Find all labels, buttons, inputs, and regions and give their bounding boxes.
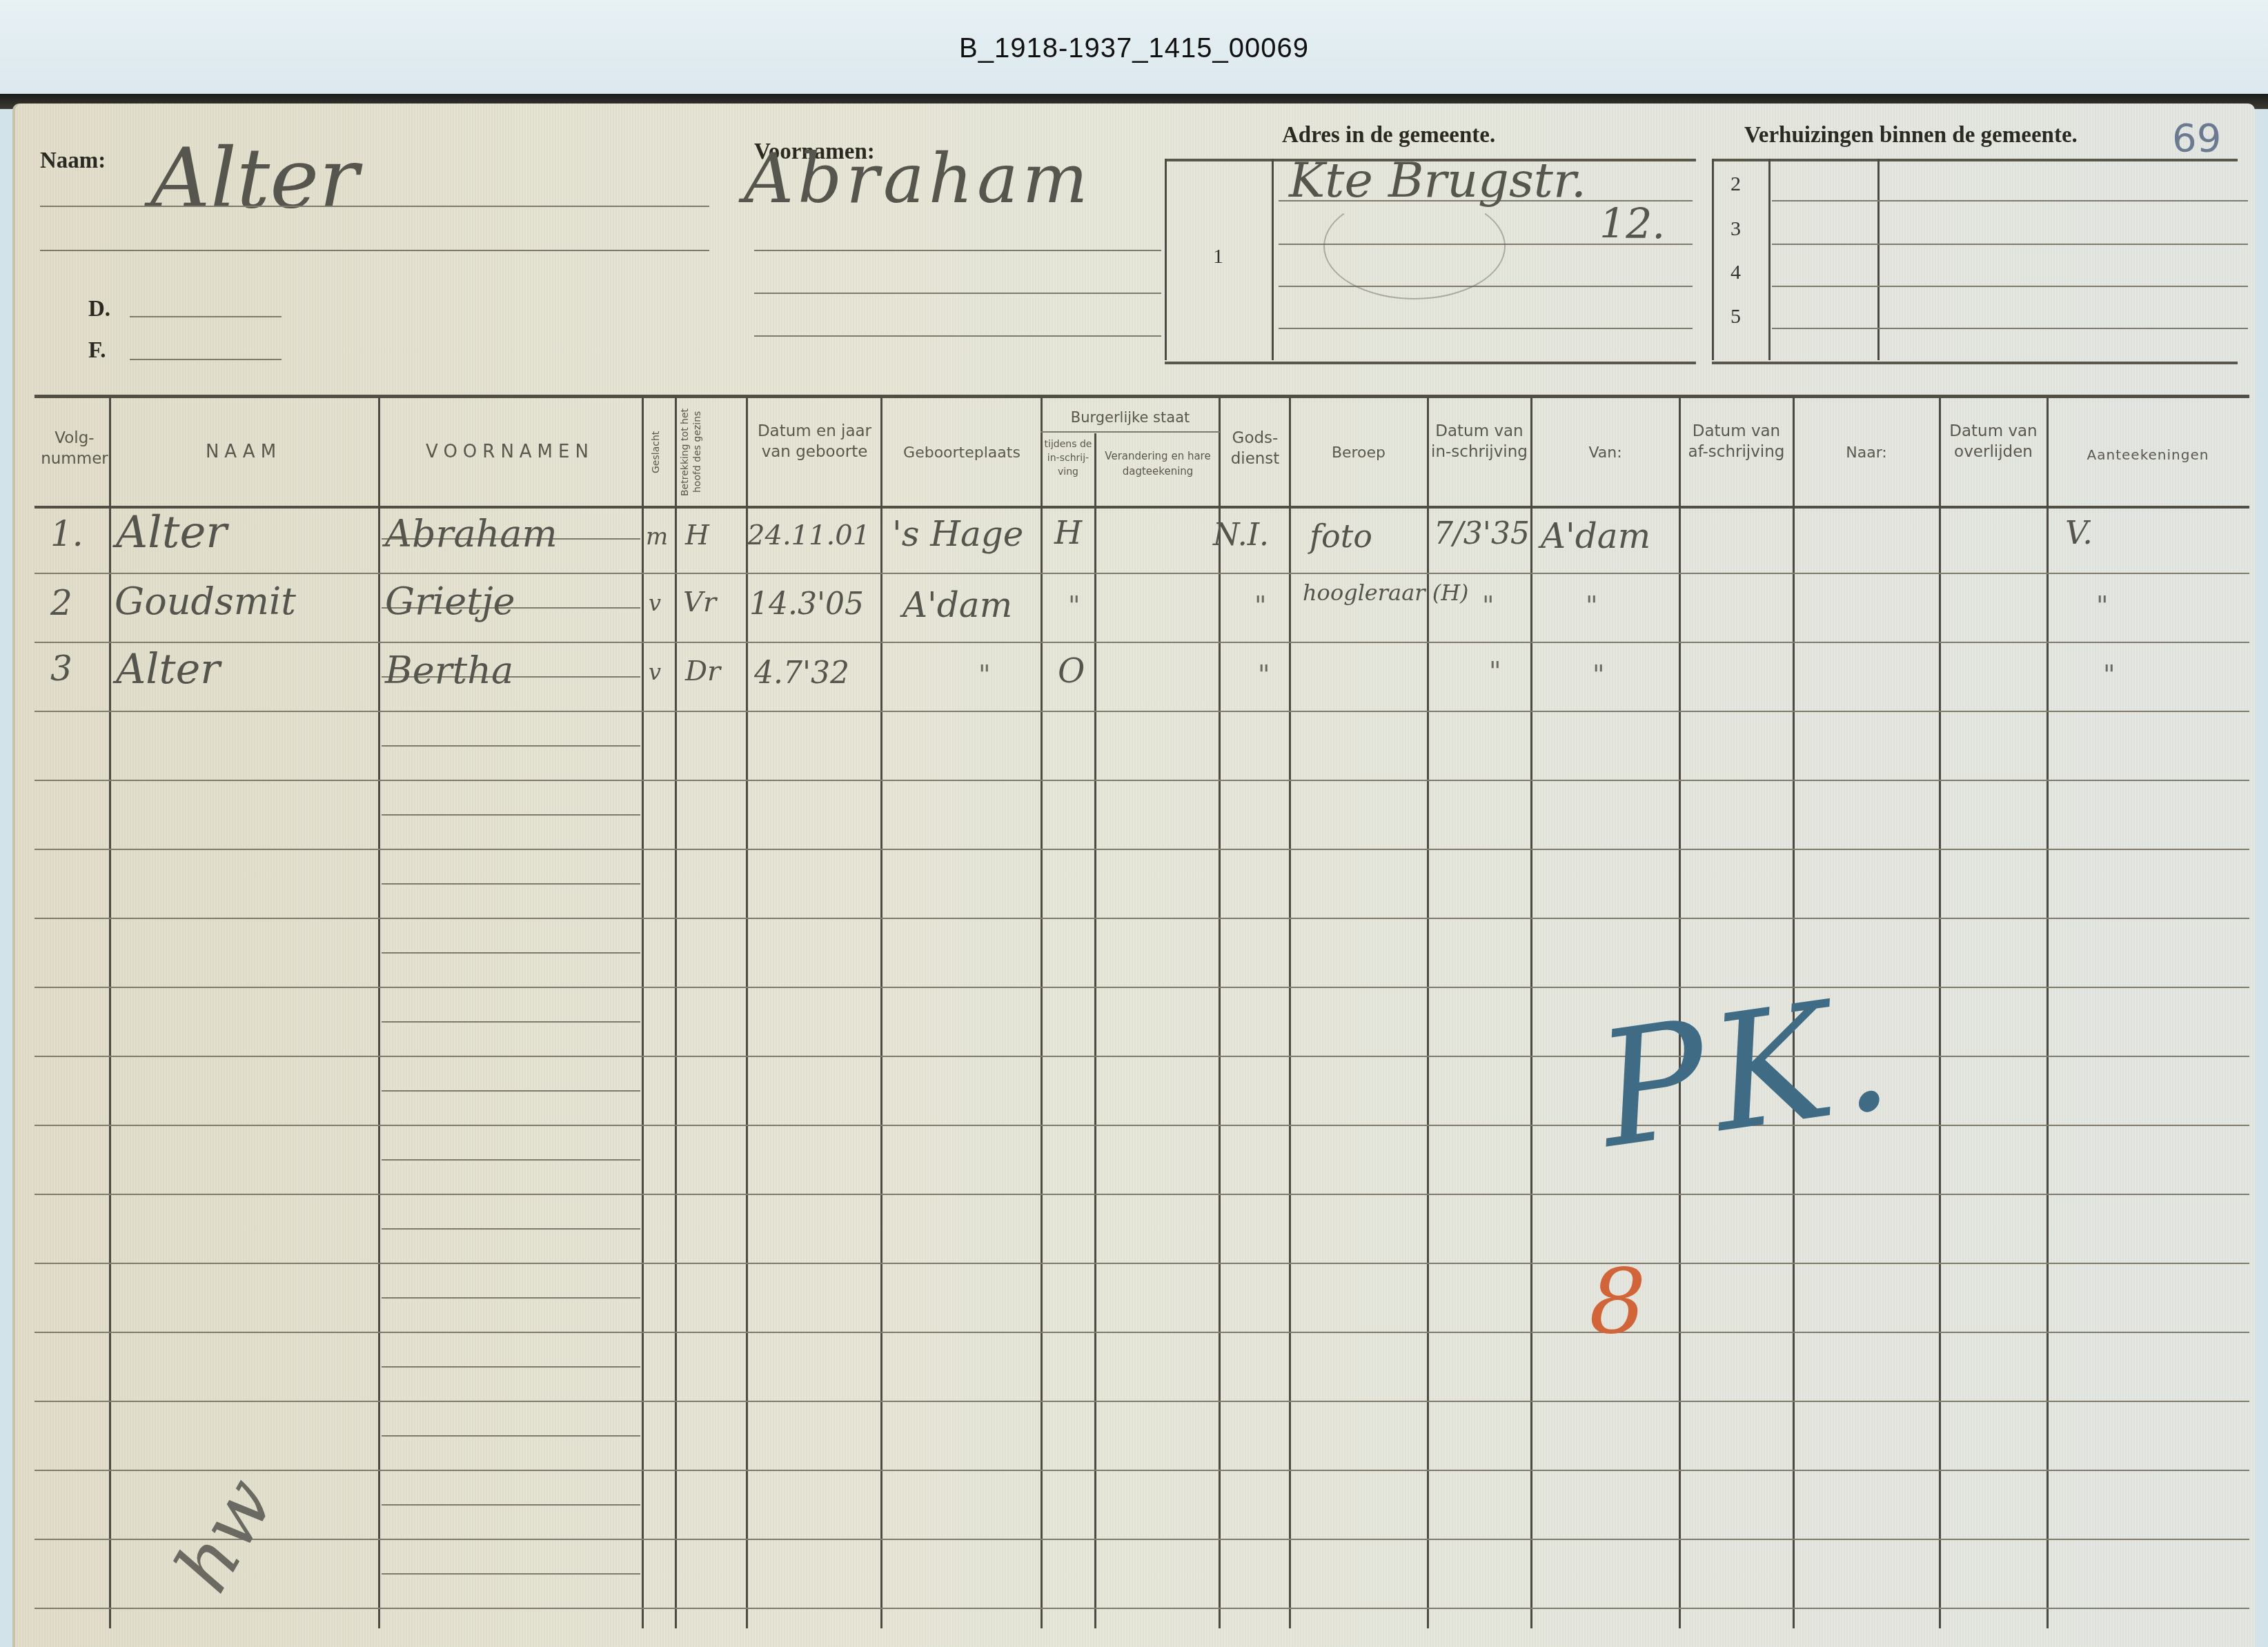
col-header-volgnummer: Volg- nummer — [40, 428, 109, 469]
row-rule — [34, 987, 2249, 988]
d-label: D. — [88, 297, 110, 322]
row-rule — [34, 573, 2249, 574]
cell-godsdienst: " — [1254, 590, 1266, 620]
verhuizingen-box-divider — [1877, 159, 1880, 360]
cell-geboorteplaats: A'dam — [903, 585, 1012, 625]
window-title: B_1918-1937_1415_00069 — [959, 33, 1309, 64]
voornamen-value: Abraham — [744, 138, 1092, 219]
cell-aanteekeningen: V. — [2065, 514, 2093, 551]
col-divider — [2047, 397, 2049, 1628]
col-header-datum-afschrijving: Datum van af-schrijving — [1680, 421, 1793, 462]
row-rule — [34, 642, 2249, 643]
naam-line-1 — [40, 206, 709, 207]
col-header-geboorteplaats: Geboorteplaats — [883, 443, 1041, 464]
adres-box-left — [1165, 159, 1167, 360]
voornamen-subrule — [382, 952, 640, 954]
red-annotation: 8 — [1589, 1249, 1646, 1354]
cell-betrekking: H — [685, 520, 709, 551]
verhuizingen-box-left — [1712, 159, 1714, 360]
row-rule — [34, 1125, 2249, 1126]
col-divider — [642, 397, 644, 1628]
cell-bs-inschrijving: O — [1058, 652, 1085, 691]
col-header-aanteekeningen: Aanteekeningen — [2048, 444, 2248, 465]
cell-volgnummer: 1. — [50, 514, 83, 554]
voornamen-line-2 — [754, 293, 1161, 294]
row-rule — [34, 918, 2249, 919]
col-header-geslacht: Geslacht — [650, 407, 665, 497]
col-divider — [1939, 397, 1941, 1628]
verhuizingen-box — [1712, 159, 2238, 364]
col-divider — [746, 397, 748, 1628]
col-divider — [1041, 397, 1043, 1628]
voornamen-line-3 — [754, 335, 1161, 337]
col-header-godsdienst: Gods-dienst — [1221, 428, 1289, 469]
row-rule — [34, 1194, 2249, 1195]
adres-box-divider — [1272, 159, 1274, 360]
col-header-bs-verandering: Verandering en hare dagteekening — [1097, 448, 1219, 479]
verhuizing-line — [1772, 328, 2248, 329]
cell-geboortedatum: 4.7'32 — [754, 655, 849, 691]
cell-voornamen: Abraham — [385, 512, 558, 555]
verhuizing-number: 2 — [1730, 172, 1741, 196]
voornamen-subrule — [382, 1573, 640, 1575]
cell-datum-inschrijving: " — [1482, 590, 1494, 620]
cell-geslacht: v — [649, 590, 661, 616]
cell-betrekking: Vr — [683, 586, 716, 618]
col-divider — [880, 397, 882, 1628]
voornamen-subrule — [382, 1090, 640, 1092]
col-header-naar: Naar: — [1794, 443, 1939, 464]
row-rule — [34, 1608, 2249, 1609]
cell-godsdienst: " — [1258, 659, 1270, 689]
verhuizing-line — [1772, 286, 2248, 287]
window-title-bar: B_1918-1937_1415_00069 — [0, 0, 2268, 97]
cell-geboorteplaats: " — [978, 659, 990, 689]
col-header-betrekking: Betrekking tot het hoofd des gezins — [679, 404, 741, 500]
col-divider — [378, 397, 380, 1628]
col-header-van: Van: — [1532, 443, 1679, 464]
cell-volgnummer: 3 — [50, 649, 72, 689]
cell-aanteekeningen: " — [2103, 659, 2115, 689]
col-divider — [109, 397, 111, 1628]
voornamen-subrule — [382, 1021, 640, 1023]
cell-geslacht: v — [649, 659, 661, 685]
f-line — [130, 359, 282, 360]
col-divider — [1289, 397, 1291, 1628]
row-rule — [34, 1056, 2249, 1057]
voornamen-subrule — [382, 1435, 640, 1437]
verhuizing-line — [1772, 244, 2248, 245]
table-top-rule — [34, 395, 2249, 398]
cell-beroep: hoogleraar (H) — [1303, 580, 1469, 606]
cell-bs-inschrijving: H — [1054, 514, 1082, 551]
voornamen-subrule — [382, 1504, 640, 1506]
cell-bs-inschrijving: " — [1068, 590, 1080, 620]
adres-house-number: 12. — [1599, 200, 1665, 248]
col-header-voornamen: VOORNAMEN — [378, 442, 642, 462]
voornamen-subrule — [382, 1366, 640, 1368]
row-rule — [34, 711, 2249, 712]
naam-value: Alter — [150, 131, 359, 227]
verhuizing-number: 3 — [1730, 217, 1741, 241]
voornamen-subrule — [382, 745, 640, 747]
cell-datum-inschrijving: " — [1489, 655, 1501, 686]
cell-betrekking: Dr — [685, 655, 720, 687]
adres-line — [1279, 286, 1693, 287]
voornamen-subrule — [382, 1159, 640, 1161]
verhuizing-line — [1772, 200, 2248, 201]
cell-van: " — [1586, 590, 1597, 620]
voornamen-subrule — [382, 1228, 640, 1230]
col-divider — [675, 397, 677, 1628]
adres-circle-mark — [1323, 193, 1506, 299]
voornamen-line-1 — [754, 250, 1161, 251]
d-line — [130, 316, 282, 317]
pk-annotation: PK. — [1588, 960, 1908, 1183]
cell-datum-inschrijving: 7/3'35 — [1434, 516, 1530, 551]
voornamen-subrule — [382, 814, 640, 816]
page-number: 69 — [2172, 116, 2221, 161]
col-header-bs-inschrijving: tijdens de in-schrij-ving — [1042, 437, 1094, 479]
cell-beroep: foto — [1310, 517, 1372, 555]
verhuizingen-label: Verhuizingen binnen de gemeente. — [1744, 123, 2078, 148]
verhuizing-number: 4 — [1730, 261, 1741, 284]
voornamen-subrule — [382, 883, 640, 885]
col-header-beroep: Beroep — [1290, 443, 1427, 464]
cell-geboortedatum: 14.3'05 — [749, 586, 864, 622]
cell-naam: Goudsmit — [115, 580, 296, 623]
col-header-datum-overlijden: Datum van overlijden — [1940, 421, 2047, 462]
col-divider — [1530, 397, 1532, 1628]
naam-line-2 — [40, 250, 709, 251]
f-label: F. — [88, 338, 106, 364]
verhuizing-number: 5 — [1730, 305, 1741, 328]
adres-row-number: 1 — [1213, 245, 1223, 268]
col-divider — [1094, 433, 1096, 1628]
adres-line — [1279, 328, 1693, 329]
cell-voornamen: Bertha — [385, 649, 513, 692]
cell-godsdienst: N.I. — [1213, 517, 1269, 553]
cell-van: " — [1592, 659, 1604, 689]
row-rule — [34, 1470, 2249, 1471]
cell-voornamen: Grietje — [385, 580, 515, 623]
row-rule — [34, 1263, 2249, 1264]
cell-geboortedatum: 24.11.01 — [747, 520, 870, 551]
cell-aanteekeningen: " — [2096, 590, 2108, 620]
verhuizingen-box-divider — [1768, 159, 1771, 360]
initials-annotation: hw — [158, 1463, 291, 1606]
naam-label: Naam: — [40, 148, 106, 174]
adres-label: Adres in de gemeente. — [1282, 123, 1495, 148]
voornamen-subrule — [382, 1297, 640, 1299]
cell-volgnummer: 2 — [50, 583, 72, 623]
row-rule — [34, 1332, 2249, 1333]
col-divider — [1219, 397, 1221, 1628]
cell-geslacht: m — [646, 523, 668, 551]
row-rule — [34, 1401, 2249, 1402]
row-rule — [34, 849, 2249, 850]
col-header-naam: NAAM — [109, 442, 378, 462]
row-rule — [34, 780, 2249, 781]
cell-geboorteplaats: 's Hage — [892, 514, 1023, 554]
col-header-burgerlijke-staat: Burgerlijke staat — [1042, 407, 1219, 428]
cell-van: A'dam — [1541, 516, 1650, 556]
col-header-datum-inschrijving: Datum van in-schrijving — [1428, 421, 1530, 462]
burgerlijke-staat-subrule — [1041, 431, 1220, 433]
cell-naam: Alter — [116, 507, 227, 558]
col-header-geboortedatum: Datum en jaar van geboorte — [751, 421, 878, 462]
cell-naam: Alter — [116, 645, 220, 693]
row-rule — [34, 1539, 2249, 1540]
register-card: Naam: Alter D. F. Voornamen: Abraham Adr… — [12, 103, 2255, 1647]
table-header-rule — [34, 506, 2249, 509]
